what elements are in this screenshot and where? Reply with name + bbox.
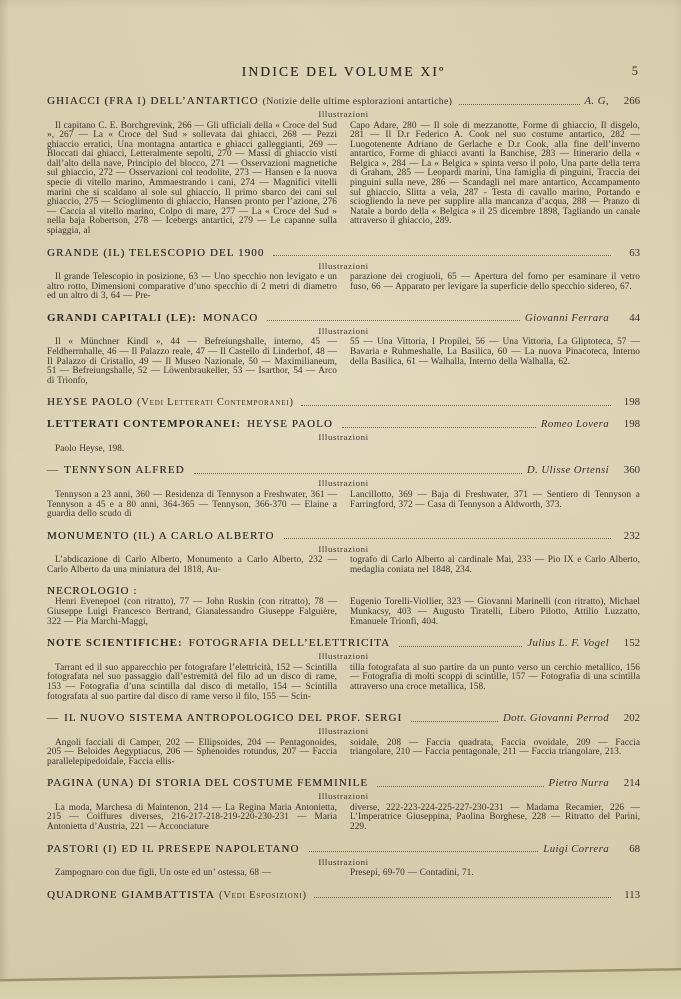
index-entry: GRANDI CAPITALI (LE): MONACO Giovanni Fe… bbox=[47, 312, 640, 386]
entry-title-note: (Vedi Esposizioni) bbox=[219, 890, 307, 901]
dot-leader bbox=[301, 404, 611, 406]
entry-column-right bbox=[350, 445, 640, 455]
entry-title-bold: NOTE SCIENTIFICHE: bbox=[47, 637, 183, 649]
entry-heading: GHIACCI (FRA I) DELL’ANTARTICO (Notizie … bbox=[47, 95, 640, 107]
entry-title: MONUMENTO (IL) A CARLO ALBERTO bbox=[47, 530, 275, 542]
entry-column-left: Angoli facciali di Camper, 202 — Ellipso… bbox=[47, 739, 337, 768]
entry-column-left: Il capitano C. E. Borchgrevink, 266 — Gl… bbox=[47, 122, 337, 237]
illustrations-label: Illustrazioni bbox=[47, 261, 640, 271]
entry-columns: Paolo Heyse, 198. bbox=[47, 445, 640, 455]
dot-leader bbox=[284, 537, 612, 539]
entry-column-right: parazione dei crogiuoli, 65 — Apertura d… bbox=[350, 273, 640, 302]
entry-page-number: 44 bbox=[616, 312, 640, 324]
entry-column-right: tografo di Carlo Alberto al cardinale Ma… bbox=[350, 556, 640, 575]
dot-leader bbox=[377, 785, 543, 787]
entry-title: HEYSE PAOLO bbox=[47, 396, 133, 408]
dot-leader bbox=[411, 720, 498, 722]
entry-columns: Tarrant ed il suo apparecchio per fotogr… bbox=[47, 664, 640, 702]
entry-heading: — TENNYSON ALFRED D. Ulisse Ortensi 360 bbox=[47, 464, 640, 476]
index-entry: PAGINA (UNA) DI STORIA DEL COSTUME FEMMI… bbox=[47, 777, 640, 832]
entry-author: Dott. Giovanni Perrod bbox=[503, 712, 609, 724]
dot-leader bbox=[309, 850, 539, 852]
entry-column-left: Paolo Heyse, 198. bbox=[47, 445, 337, 455]
entry-page-number: 198 bbox=[616, 396, 640, 408]
index-entry: — IL NUOVO SISTEMA ANTROPOLOGICO DEL PRO… bbox=[47, 712, 640, 767]
index-entry: PASTORI (I) ED IL PRESEPE NAPOLETANO Lui… bbox=[47, 843, 640, 879]
illustrations-label: Illustrazioni bbox=[47, 857, 640, 867]
entry-column-right: soidale, 208 — Faccia quadrata, Faccia o… bbox=[350, 739, 640, 768]
illustrations-label: Illustrazioni bbox=[47, 791, 640, 801]
index-entry: NOTE SCIENTIFICHE: FOTOGRAFIA DELL’ELETT… bbox=[47, 637, 640, 702]
entry-title: GRANDE (IL) TELESCOPIO DEL 1900 bbox=[47, 247, 264, 259]
illustrations-label: Illustrazioni bbox=[47, 726, 640, 736]
entry-author: Luigi Correra bbox=[543, 843, 609, 855]
dot-leader bbox=[459, 103, 579, 105]
dot-leader bbox=[267, 319, 520, 321]
entry-title: FOTOGRAFIA DELL’ELETTRICITA bbox=[189, 637, 390, 649]
entry-title: HEYSE PAOLO bbox=[247, 418, 333, 430]
entry-columns: Il capitano C. E. Borchgrevink, 266 — Gl… bbox=[47, 122, 640, 237]
entry-heading: GRANDE (IL) TELESCOPIO DEL 1900 63 bbox=[47, 247, 640, 259]
index-entry: — TENNYSON ALFRED D. Ulisse Ortensi 360 … bbox=[47, 464, 640, 519]
entry-heading: PASTORI (I) ED IL PRESEPE NAPOLETANO Lui… bbox=[47, 843, 640, 855]
entry-title: PAGINA (UNA) DI STORIA DEL COSTUME FEMMI… bbox=[47, 777, 368, 789]
entry-page-number: 360 bbox=[616, 464, 640, 476]
entry-column-left: Il grande Telescopio in posizione, 63 — … bbox=[47, 273, 337, 302]
index-entry: QUADRONE GIAMBATTISTA (Vedi Esposizioni)… bbox=[47, 889, 640, 901]
illustrations-label: Illustrazioni bbox=[47, 544, 640, 554]
entry-column-left: La moda, Marchesa di Maintenon, 214 — La… bbox=[47, 804, 337, 833]
entry-page-number: 63 bbox=[616, 247, 640, 259]
page-content: INDICE DEL VOLUME XIº 5 GHIACCI (FRA I) … bbox=[47, 64, 640, 901]
entry-title: PASTORI (I) ED IL PRESEPE NAPOLETANO bbox=[47, 843, 300, 855]
entry-page-number: 266 bbox=[616, 95, 640, 107]
entry-page-number: 232 bbox=[616, 530, 640, 542]
entry-column-left: Tennyson a 23 anni, 360 — Residenza di T… bbox=[47, 491, 337, 520]
entry-title: MONACO bbox=[203, 312, 259, 324]
entry-column-right: tilla fotografata al suo partire da un p… bbox=[350, 664, 640, 702]
entry-author: Romeo Lovera bbox=[541, 418, 609, 430]
entry-author: Julius L. F. Vogel bbox=[527, 637, 609, 649]
entry-heading: QUADRONE GIAMBATTISTA (Vedi Esposizioni)… bbox=[47, 889, 640, 901]
entry-author: A. G, bbox=[585, 95, 610, 107]
scanned-index-page: INDICE DEL VOLUME XIº 5 GHIACCI (FRA I) … bbox=[0, 0, 681, 999]
entry-author: Pietro Nurra bbox=[549, 777, 610, 789]
entry-heading: — IL NUOVO SISTEMA ANTROPOLOGICO DEL PRO… bbox=[47, 712, 640, 724]
entry-title: GHIACCI (FRA I) DELL’ANTARTICO bbox=[47, 95, 259, 107]
entry-title: IL NUOVO SISTEMA ANTROPOLOGICO DEL PROF.… bbox=[64, 712, 402, 724]
entry-page-number: 214 bbox=[616, 777, 640, 789]
dot-leader bbox=[273, 254, 611, 256]
entry-columns: Il « Münchner Kindl », 44 — Befreiungsha… bbox=[47, 338, 640, 386]
entry-title: NECROLOGIO : bbox=[47, 585, 138, 597]
index-entries: GHIACCI (FRA I) DELL’ANTARTICO (Notizie … bbox=[47, 95, 640, 901]
entry-column-left: Zampognaro con due figli, Un oste ed un’… bbox=[47, 869, 337, 879]
page-title: INDICE DEL VOLUME XIº bbox=[47, 64, 640, 80]
index-entry: NECROLOGIO : Henri Evenepoel (con ritrat… bbox=[47, 585, 640, 627]
page-number: 5 bbox=[632, 64, 638, 79]
entry-heading: LETTERATI CONTEMPORANEI: HEYSE PAOLO Rom… bbox=[47, 418, 640, 430]
entry-column-right: Presepi, 69-70 — Contadini, 71. bbox=[350, 869, 640, 879]
entry-author: Giovanni Ferrara bbox=[525, 312, 609, 324]
index-entry: LETTERATI CONTEMPORANEI: HEYSE PAOLO Rom… bbox=[47, 418, 640, 454]
entry-columns: La moda, Marchesa di Maintenon, 214 — La… bbox=[47, 804, 640, 833]
entry-heading: GRANDI CAPITALI (LE): MONACO Giovanni Fe… bbox=[47, 312, 640, 324]
index-entry: MONUMENTO (IL) A CARLO ALBERTO 232 Illus… bbox=[47, 530, 640, 576]
entry-column-right: 55 — Una Vittoria, I Propilei, 56 — Una … bbox=[350, 338, 640, 386]
entry-heading: NECROLOGIO : bbox=[47, 585, 640, 597]
entry-columns: Zampognaro con due figli, Un oste ed un’… bbox=[47, 869, 640, 879]
entry-columns: Il grande Telescopio in posizione, 63 — … bbox=[47, 273, 640, 302]
entry-heading: NOTE SCIENTIFICHE: FOTOGRAFIA DELL’ELETT… bbox=[47, 637, 640, 649]
illustrations-label: Illustrazioni bbox=[47, 326, 640, 336]
entry-heading: HEYSE PAOLO (Vedi Letterati Contemporane… bbox=[47, 396, 640, 408]
entry-columns: Henri Evenepoel (con ritratto), 77 — Joh… bbox=[47, 598, 640, 627]
index-entry: GHIACCI (FRA I) DELL’ANTARTICO (Notizie … bbox=[47, 95, 640, 237]
entry-dash: — bbox=[47, 712, 58, 724]
entry-columns: L’abdicazione di Carlo Alberto, Monument… bbox=[47, 556, 640, 575]
entry-title-bold: GRANDI CAPITALI (LE): bbox=[47, 312, 197, 324]
dot-leader bbox=[194, 472, 522, 474]
dot-leader bbox=[314, 896, 611, 898]
entry-title-bold: LETTERATI CONTEMPORANEI: bbox=[47, 418, 241, 430]
entry-page-number: 152 bbox=[616, 637, 640, 649]
entry-column-left: Tarrant ed il suo apparecchio per fotogr… bbox=[47, 664, 337, 702]
entry-column-left: Il « Münchner Kindl », 44 — Befreiungsha… bbox=[47, 338, 337, 386]
index-entry: HEYSE PAOLO (Vedi Letterati Contemporane… bbox=[47, 396, 640, 408]
entry-columns: Angoli facciali di Camper, 202 — Ellipso… bbox=[47, 739, 640, 768]
dot-leader bbox=[342, 426, 536, 428]
illustrations-label: Illustrazioni bbox=[47, 478, 640, 488]
entry-title: QUADRONE GIAMBATTISTA bbox=[47, 889, 215, 901]
entry-column-right: diverse, 222-223-224-225-227-230-231 — M… bbox=[350, 804, 640, 833]
entry-title: TENNYSON ALFRED bbox=[64, 464, 185, 476]
entry-heading: MONUMENTO (IL) A CARLO ALBERTO 232 bbox=[47, 530, 640, 542]
entry-dash: — bbox=[47, 464, 58, 476]
entry-page-number: 202 bbox=[616, 712, 640, 724]
entry-author: D. Ulisse Ortensi bbox=[527, 464, 609, 476]
entry-column-right: Eugenio Torelli-Viollier, 323 — Giovanni… bbox=[350, 598, 640, 627]
entry-column-left: L’abdicazione di Carlo Alberto, Monument… bbox=[47, 556, 337, 575]
illustrations-label: Illustrazioni bbox=[47, 651, 640, 661]
entry-title-note: (Vedi Letterati Contemporanei) bbox=[137, 397, 294, 408]
entry-page-number: 68 bbox=[616, 843, 640, 855]
entry-column-right: Lancillotto, 369 — Baja di Freshwater, 3… bbox=[350, 491, 640, 520]
entry-page-number: 113 bbox=[616, 889, 640, 901]
entry-column-left: Henri Evenepoel (con ritratto), 77 — Joh… bbox=[47, 598, 337, 627]
entry-columns: Tennyson a 23 anni, 360 — Residenza di T… bbox=[47, 491, 640, 520]
entry-heading: PAGINA (UNA) DI STORIA DEL COSTUME FEMMI… bbox=[47, 777, 640, 789]
entry-column-right: Capo Adare, 280 — Il sole di mezzanotte,… bbox=[350, 122, 640, 237]
entry-page-number: 198 bbox=[616, 418, 640, 430]
illustrations-label: Illustrazioni bbox=[47, 432, 640, 442]
illustrations-label: Illustrazioni bbox=[47, 109, 640, 119]
page-header: INDICE DEL VOLUME XIº 5 bbox=[47, 64, 640, 84]
dot-leader bbox=[399, 645, 522, 647]
entry-title-note: (Notizie delle ultime esplorazioni antar… bbox=[263, 96, 453, 107]
index-entry: GRANDE (IL) TELESCOPIO DEL 1900 63 Illus… bbox=[47, 247, 640, 302]
